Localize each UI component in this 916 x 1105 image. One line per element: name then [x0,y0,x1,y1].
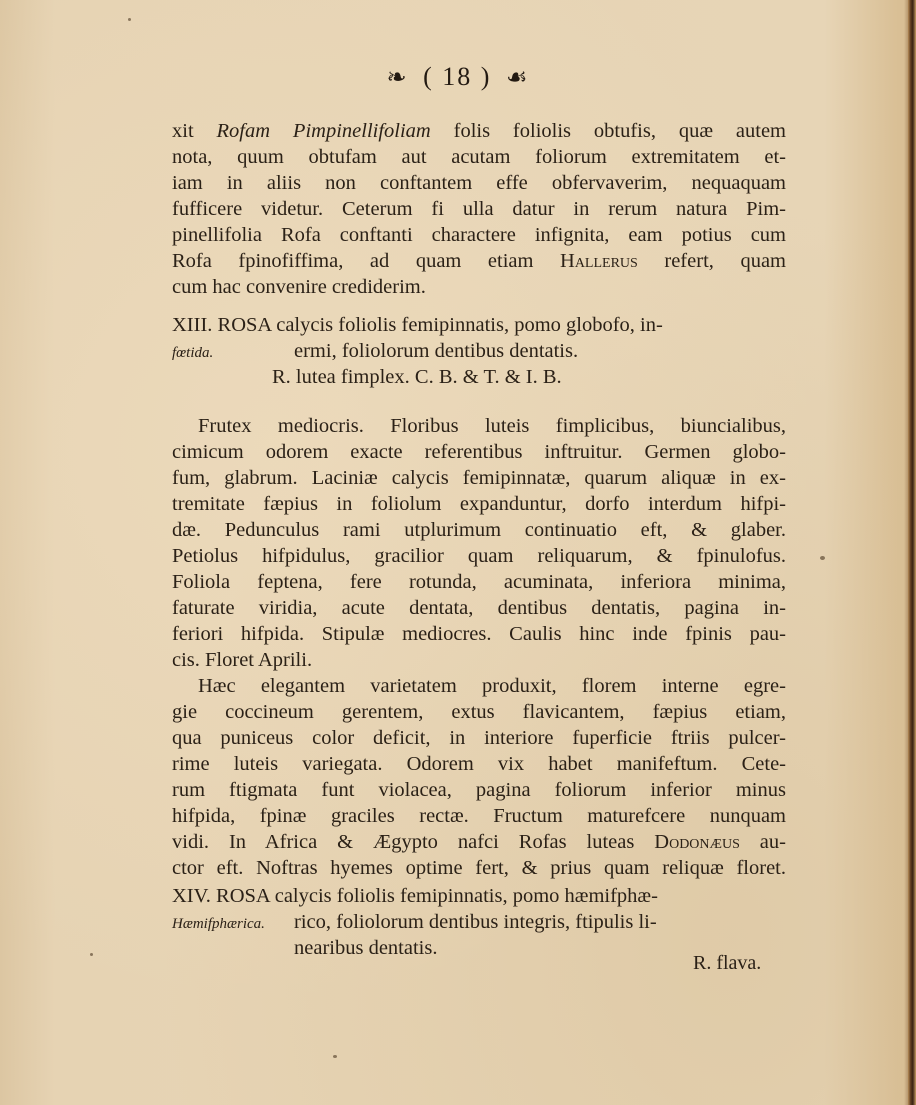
text-line: nota, quum obtufam aut acutam foliorum e… [172,144,786,170]
author-name: Dodonæus [654,831,740,853]
species-entry-xiv: XIV. ROSA calycis foliolis femipinnatis,… [172,883,786,961]
text-line: vidi. In Africa & Ægypto nafci Rofas lut… [172,829,786,855]
text-line: tremitate fæpius in foliolum expanduntur… [172,491,786,517]
text-line: cum hac convenire crediderim. [172,274,786,300]
text-line: pinellifolia Rofa conftanti charactere i… [172,222,786,248]
paper-speck [90,953,93,956]
paper-speck [820,556,825,560]
entry-genus: ROSA [216,885,270,907]
text-line: xit Rofam Pimpinellifoliam folis folioli… [172,118,786,144]
text-line: Rofa fpinofiffima, ad quam etiam Halleru… [172,248,786,274]
text-line: ctor eft. Noftras hyemes optime fert, & … [172,855,786,881]
text-line: hifpida, fpinæ graciles rectæ. Fructum m… [172,803,786,829]
italic-term: Rofam Pimpinellifoliam [217,120,431,142]
text-line: dæ. Pedunculus rami utplurimum continuat… [172,517,786,543]
fleuron-left-icon: ❧ [387,63,409,92]
book-spine-edge [908,0,916,1105]
text-line: rum ftigmata funt violacea, pagina folio… [172,777,786,803]
paper-speck [128,18,131,21]
text-line: Hæc elegantem varietatem produxit, flore… [172,673,786,699]
margin-species-name: fœtida. [172,340,213,366]
entry-diagnosis: calycis foliolis femipinnatis, pomo glob… [276,314,663,336]
paper-speck [333,1055,337,1058]
entry-diagnosis: nearibus dentatis. [294,935,437,961]
author-name: Hallerus [560,250,638,272]
continuation-paragraph: xit Rofam Pimpinellifoliam folis folioli… [172,118,786,300]
entry-synonym: R. lutea fimplex. C. B. & T. & I. B. [272,364,562,390]
entry-diagnosis: calycis foliolis femipinnatis, pomo hæmi… [275,885,658,907]
text-line: fufficere videtur. Ceterum fi ulla datur… [172,196,786,222]
catchword: R. flava. [693,952,761,975]
text-line: gie coccineum gerentem, extus flavicante… [172,699,786,725]
text-line: cis. Floret Aprili. [172,647,786,673]
text-line: faturate viridia, acute dentata, dentibu… [172,595,786,621]
text-line: Foliola feptena, fere rotunda, acuminata… [172,569,786,595]
entry-diagnosis: ermi, foliolorum dentibus dentatis. [294,338,578,364]
text-line: iam in aliis non conftantem effe obferva… [172,170,786,196]
text-line: rime luteis variegata. Odorem vix habet … [172,751,786,777]
page-number: ( 18 ) [423,62,491,91]
text-line: qua puniceus color deficit, in interiore… [172,725,786,751]
species-entry-xiii: XIII. ROSA calycis foliolis femipinnatis… [172,312,786,390]
fleuron-right-icon: ☙ [506,63,530,92]
entry-numeral: XIII. [172,314,212,336]
variety-paragraph: Hæc elegantem varietatem produxit, flore… [172,673,786,881]
text-line: fum, glabrum. Laciniæ calycis femipinnat… [172,465,786,491]
page-header: ❧ ( 18 ) ☙ [0,62,916,92]
margin-species-name: Hæmifphærica. [172,911,265,937]
text-line: Frutex mediocris. Floribus luteis fimpli… [172,413,786,439]
text-line: feriori hifpida. Stipulæ mediocres. Caul… [172,621,786,647]
entry-diagnosis: rico, foliolorum dentibus integris, ftip… [294,909,657,935]
text-line: cimicum odorem exacte referentibus inftr… [172,439,786,465]
entry-genus: ROSA [218,314,272,336]
text-line: Petiolus hifpidulus, gracilior quam reli… [172,543,786,569]
description-paragraph: Frutex mediocris. Floribus luteis fimpli… [172,413,786,673]
entry-numeral: XIV. [172,885,211,907]
